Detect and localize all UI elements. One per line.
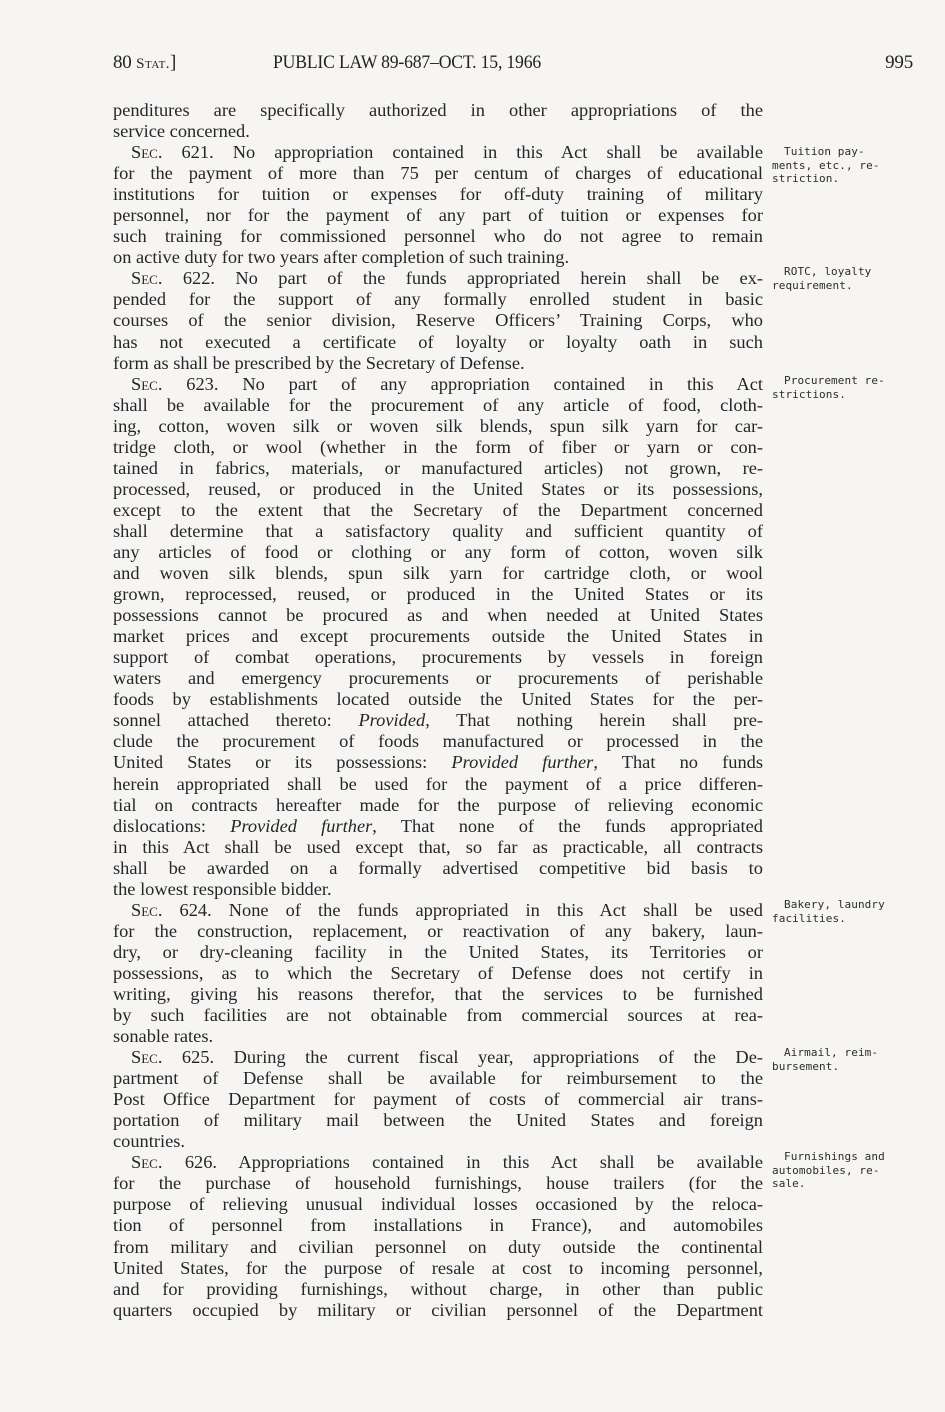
proviso-italic: Provided [358,710,425,730]
text-line: personnel, nor for the payment of any pa… [113,205,763,226]
section-622: Sec. 622. No part of the funds appropria… [113,268,763,373]
margin-note-line: Procurement re- [772,374,922,388]
text-line: shall determine that a satisfactory qual… [113,521,763,542]
text-span: sonnel attached thereto: [113,710,358,730]
text-line: tion of personnel from installations in … [113,1215,763,1236]
section-label: Sec. 626. [131,1152,217,1172]
text-line: quarters occupied by military or civilia… [113,1300,763,1321]
margin-note-rotc: ROTC, loyalty requirement. [772,265,922,292]
section-621: Sec. 621. No appropriation contained in … [113,142,763,268]
bracket: ] [170,52,176,73]
text-line: tained in fabrics, materials, or manufac… [113,458,763,479]
section-623: Sec. 623. No part of any appropriation c… [113,374,763,900]
section-label: Sec. 622. [131,268,215,288]
text-line: United States or its possessions: Provid… [113,752,763,773]
text-line: support of combat operations, procuremen… [113,647,763,668]
paragraph-continuation: penditures are specifically authorized i… [113,100,763,142]
text-line: except to the extent that the Secretary … [113,500,763,521]
text-line: on active duty for two years after compl… [113,247,763,268]
text-line: courses of the senior division, Reserve … [113,310,763,331]
text-span: , That nothing herein shall pre- [425,710,763,730]
margin-note-line: ments, etc., re- [772,159,922,173]
text-line: portation of military mail between the U… [113,1110,763,1131]
text-line: sonable rates. [113,1026,763,1047]
text-line: dry, or dry-cleaning facility in the Uni… [113,942,763,963]
running-head: 80 Stat.] PUBLIC LAW 89-687–OCT. 15, 196… [113,52,913,78]
text-line: United States, for the purpose of resale… [113,1258,763,1279]
text-line: in this Act shall be used except that, s… [113,837,763,858]
stat-label: Stat. [136,56,170,72]
margin-note-furnishings: Furnishings and automobiles, re- sale. [772,1150,922,1191]
proviso-italic: Provided further [451,752,593,772]
body-text: penditures are specifically authorized i… [113,100,763,1321]
section-label: Sec. 625. [131,1047,214,1067]
document-page: 80 Stat.] PUBLIC LAW 89-687–OCT. 15, 196… [0,0,945,1412]
text-line: by such facilities are not obtainable fr… [113,1005,763,1026]
margin-note-line: automobiles, re- [772,1164,922,1178]
text-line: sonnel attached thereto: Provided, That … [113,710,763,731]
text-line: for the construction, replacement, or re… [113,921,763,942]
text-span: None of the funds appropriated in this A… [212,900,763,920]
text-span: , That none of the funds appropriated [372,816,763,836]
margin-note-line: strictions. [772,388,922,402]
text-line: foods by establishments located outside … [113,689,763,710]
text-line: countries. [113,1131,763,1152]
section-label: Sec. 621. [131,142,214,162]
text-span: No appropriation contained in this Act s… [214,142,763,162]
text-line: Sec. 624. None of the funds appropriated… [113,900,763,921]
margin-note-tuition: Tuition pay- ments, etc., re- striction. [772,145,922,186]
text-line: shall be awarded on a formally advertise… [113,858,763,879]
margin-note-line: striction. [772,172,922,186]
text-line: waters and emergency procurements or pro… [113,668,763,689]
section-624: Sec. 624. None of the funds appropriated… [113,900,763,1047]
text-line: form as shall be prescribed by the Secre… [113,353,763,374]
text-line: possessions cannot be procured as and wh… [113,605,763,626]
text-line: Sec. 621. No appropriation contained in … [113,142,763,163]
text-line: tial on contracts hereafter made for the… [113,795,763,816]
text-line: from military and civilian personnel on … [113,1237,763,1258]
text-line: penditures are specifically authorized i… [113,100,763,121]
text-line: dislocations: Provided further, That non… [113,816,763,837]
text-span: dislocations: [113,816,230,836]
text-line: Sec. 623. No part of any appropriation c… [113,374,763,395]
margin-note-airmail: Airmail, reim- bursement. [772,1046,922,1073]
text-line: Sec. 626. Appropriations contained in th… [113,1152,763,1173]
section-label: Sec. 624. [131,900,212,920]
section-625: Sec. 625. During the current fiscal year… [113,1047,763,1152]
text-span: , That no funds [593,752,763,772]
text-line: ing, cotton, woven silk or woven silk bl… [113,416,763,437]
text-line: purpose of relieving unusual individual … [113,1194,763,1215]
statute-reference: 80 Stat.] [113,52,176,74]
margin-note-line: Bakery, laundry [772,898,922,912]
section-626: Sec. 626. Appropriations contained in th… [113,1152,763,1320]
margin-note-line: bursement. [772,1060,922,1074]
text-line: Sec. 622. No part of the funds appropria… [113,268,763,289]
text-line: possessions, as to which the Secretary o… [113,963,763,984]
text-line: Sec. 625. During the current fiscal year… [113,1047,763,1068]
margin-note-line: Furnishings and [772,1150,922,1164]
text-line: pended for the support of any formally e… [113,289,763,310]
text-line: clude the procurement of foods manufactu… [113,731,763,752]
text-line: such training for commissioned personnel… [113,226,763,247]
text-line: grown, reprocessed, reused, or produced … [113,584,763,605]
text-line: for the payment of more than 75 per cent… [113,163,763,184]
margin-note-line: Airmail, reim- [772,1046,922,1060]
margin-note-line: requirement. [772,279,922,293]
margin-note-bakery: Bakery, laundry facilities. [772,898,922,925]
text-line: has not executed a certificate of loyalt… [113,332,763,353]
text-line: service concerned. [113,121,763,142]
text-line: processed, reused, or produced in the Un… [113,479,763,500]
text-span: During the current fiscal year, appropri… [214,1047,763,1067]
text-line: institutions for tuition or expenses for… [113,184,763,205]
text-line: any articles of food or clothing or any … [113,542,763,563]
text-line: and woven silk blends, spun silk yarn fo… [113,563,763,584]
text-line: market prices and except procurements ou… [113,626,763,647]
text-span: No part of any appropriation contained i… [218,374,763,394]
text-line: partment of Defense shall be available f… [113,1068,763,1089]
margin-note-line: sale. [772,1177,922,1191]
text-line: herein appropriated shall be used for th… [113,774,763,795]
proviso-italic: Provided further [230,816,372,836]
volume-number: 80 [113,52,132,73]
margin-note-line: Tuition pay- [772,145,922,159]
text-line: for the purchase of household furnishing… [113,1173,763,1194]
text-line: and for providing furnishings, without c… [113,1279,763,1300]
text-line: tridge cloth, or wool (whether in the fo… [113,437,763,458]
text-span: Appropriations contained in this Act sha… [217,1152,763,1172]
margin-note-line: facilities. [772,912,922,926]
text-line: Post Office Department for payment of co… [113,1089,763,1110]
margin-note-line: ROTC, loyalty [772,265,922,279]
text-span: No part of the funds appropriated herein… [215,268,763,288]
section-label: Sec. 623. [131,374,218,394]
margin-note-procurement: Procurement re- strictions. [772,374,922,401]
text-line: shall be available for the procurement o… [113,395,763,416]
text-line: writing, giving his reasons therefor, th… [113,984,763,1005]
page-number: 995 [885,52,913,74]
text-line: the lowest responsible bidder. [113,879,763,900]
text-span: United States or its possessions: [113,752,451,772]
law-title: PUBLIC LAW 89-687–OCT. 15, 1966 [273,52,541,74]
